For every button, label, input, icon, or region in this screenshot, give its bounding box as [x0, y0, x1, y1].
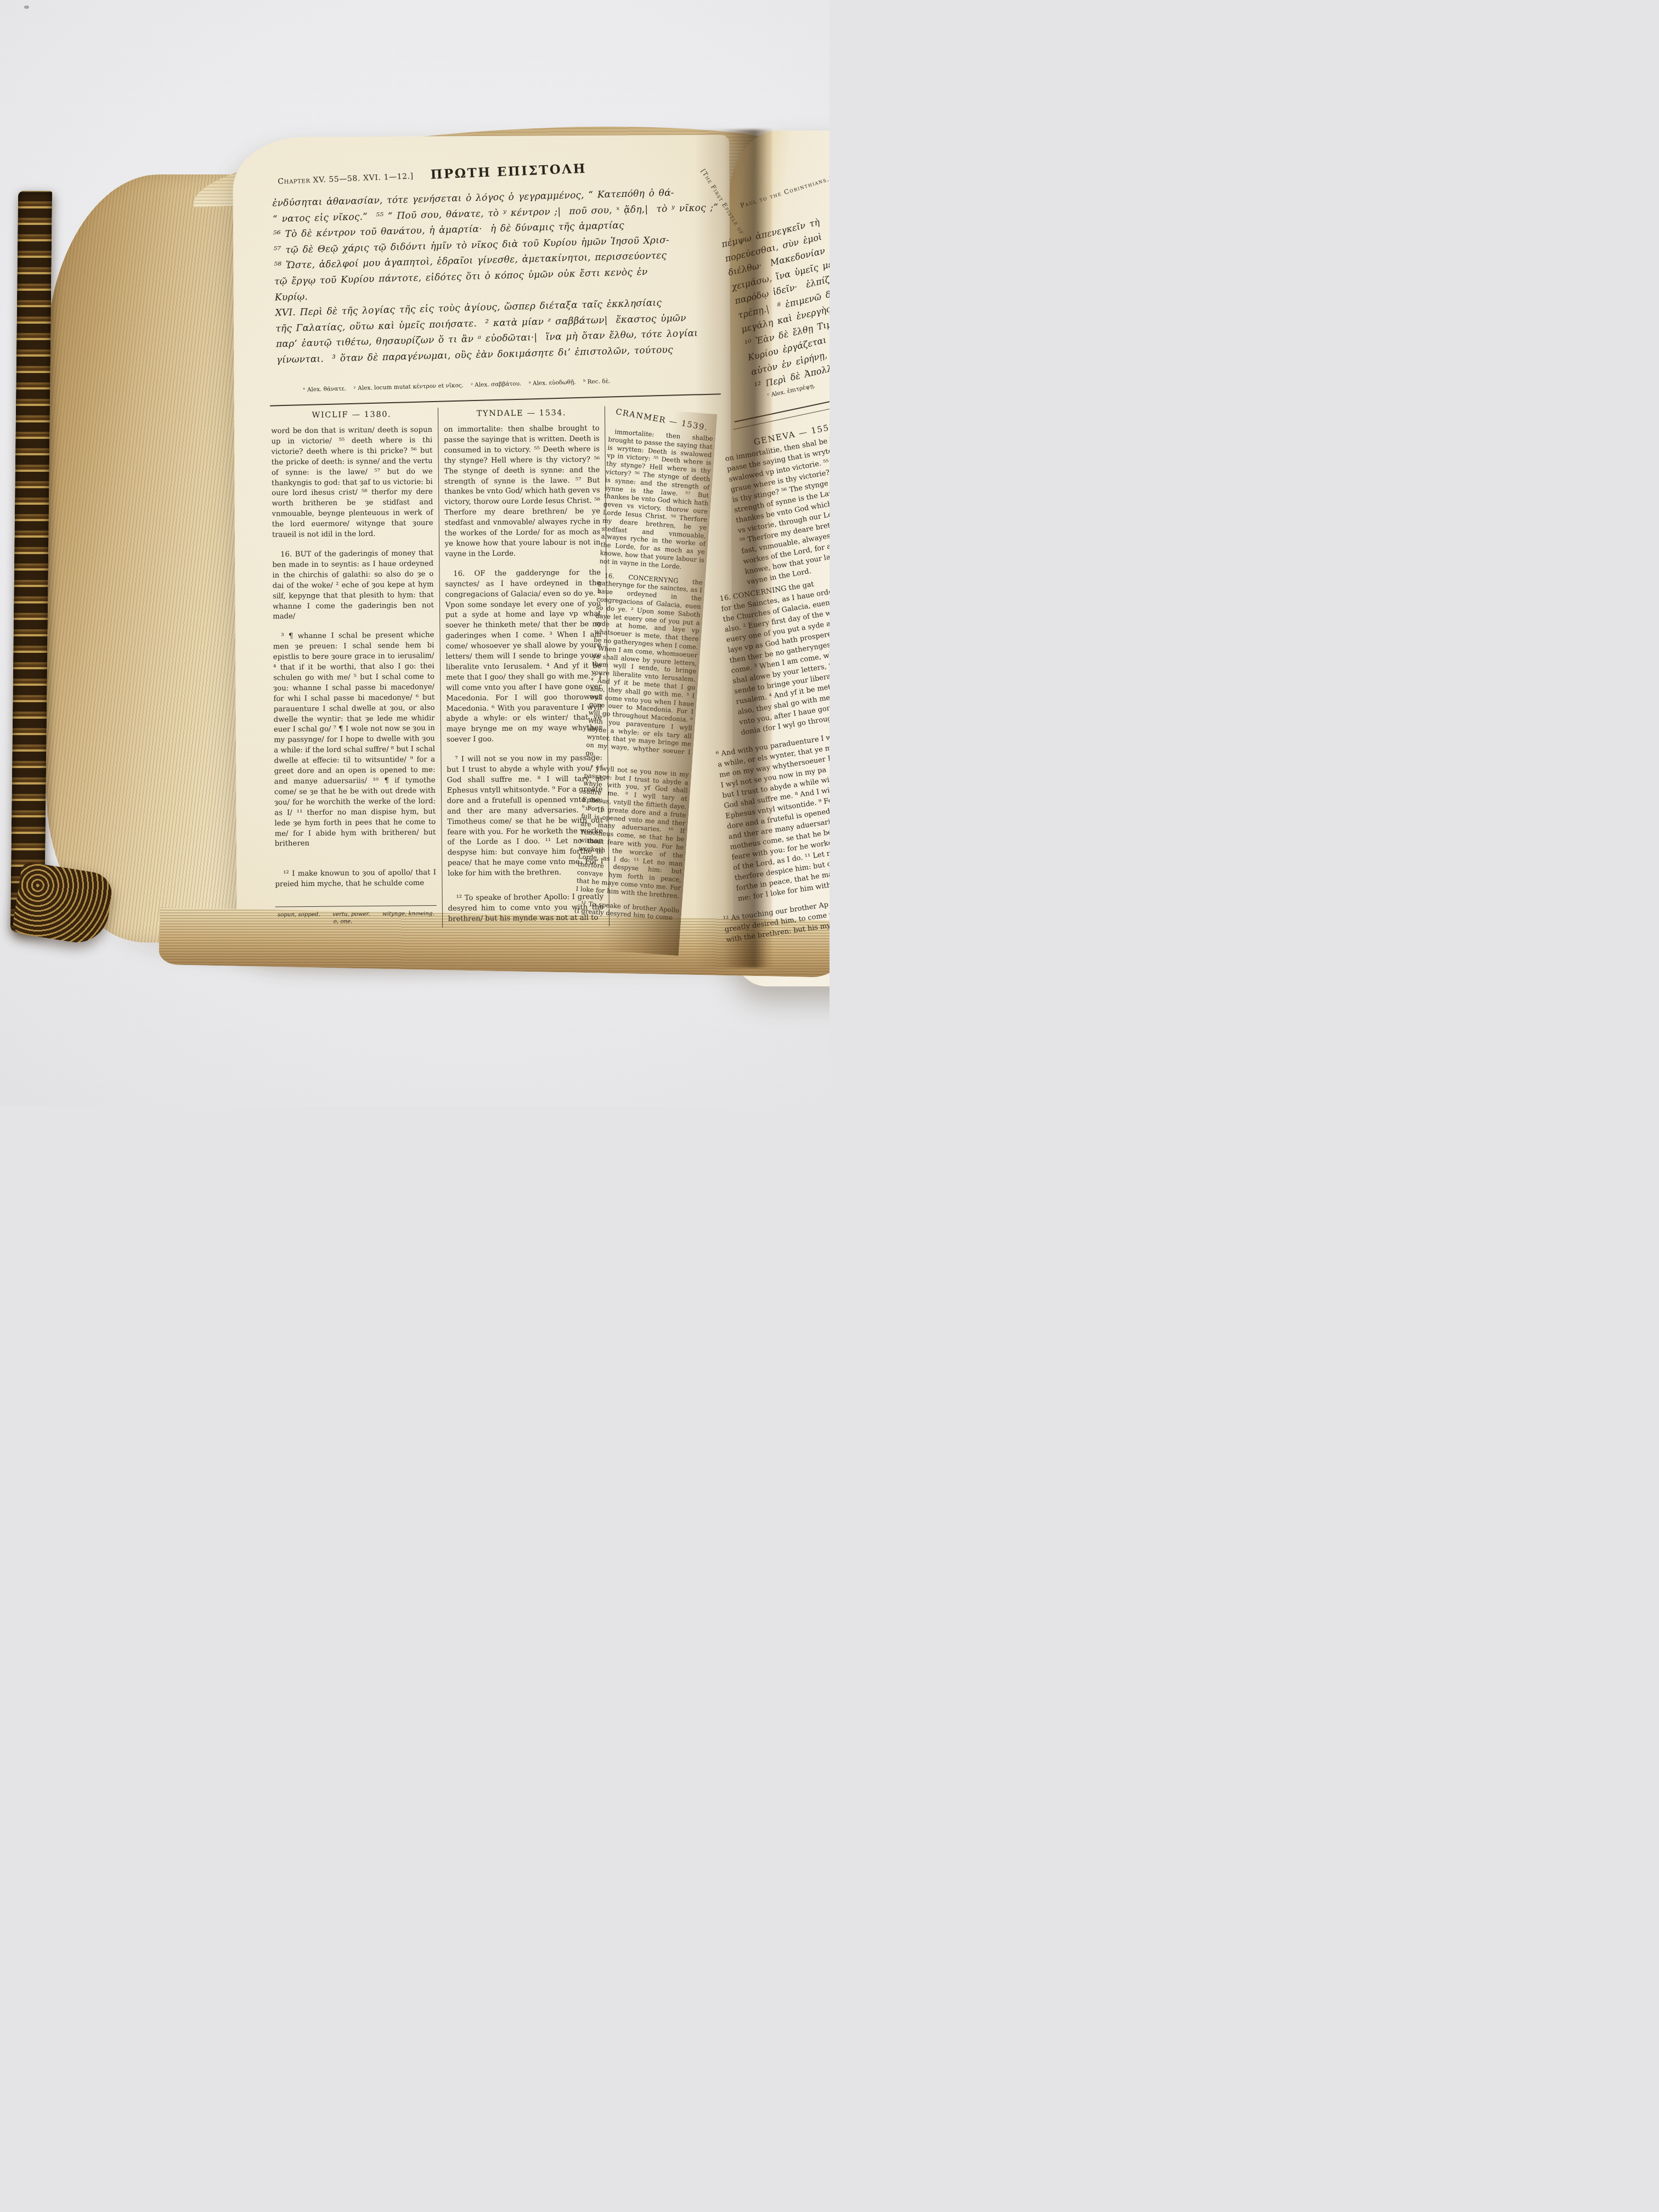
photo-speck	[24, 5, 29, 9]
paragraph: 16. CONCERNYNG the gatherynge for the sa…	[585, 571, 703, 765]
paragraph: on immortalite: then shalbe brought to p…	[444, 424, 601, 560]
paragraph: ³ ¶ whanne I schal be present whiche men…	[273, 630, 436, 850]
paragraph: ¹² To speake of brother Apollo (I greatl…	[574, 899, 680, 922]
column-text-wiclif: word be don that is writun/ deeth is sop…	[271, 425, 436, 890]
paragraph: immortalite: then shalbe brought to pass…	[600, 427, 714, 573]
column-wiclif: WICLIF — 1380. word be don that is writu…	[270, 408, 442, 929]
book-photo: Chapter XV. 55—58. XVI. 1—12.] ΠΡΩΤΗ ΕΠΙ…	[0, 0, 830, 1106]
glossary-footnotes: sopun, sopped.vertu, power.witynge, know…	[275, 905, 437, 927]
paragraph: ¹² I make knowun to ȝou of apollo/ that …	[275, 868, 436, 890]
column-header-tyndale: TYNDALE — 1534.	[444, 408, 600, 418]
column-header-wiclif: WICLIF — 1380.	[271, 410, 432, 420]
text-line: o, one.	[334, 918, 353, 924]
greek-text-block: ἐνδύσηται ἀθανασίαν, τότε γενήσεται ὁ λό…	[272, 184, 721, 368]
translation-columns: WICLIF — 1380. word be don that is writu…	[270, 405, 722, 929]
paragraph: 16. OF the gadderynge for the saynctes/ …	[445, 568, 602, 746]
text-line: vertu, power.	[332, 911, 370, 918]
paragraph: 16. BUT of the gaderingis of money that …	[272, 549, 434, 623]
column-header-cranmer: CRANMER — 1539.	[610, 407, 714, 433]
paragraph: word be don that is writun/ deeth is sop…	[271, 425, 433, 541]
paragraph: ⁷ I wyll not se you now in my passage: b…	[576, 763, 690, 900]
text-line: sopun, sopped.	[278, 912, 320, 918]
text-line: witynge, knowing.	[382, 911, 435, 917]
